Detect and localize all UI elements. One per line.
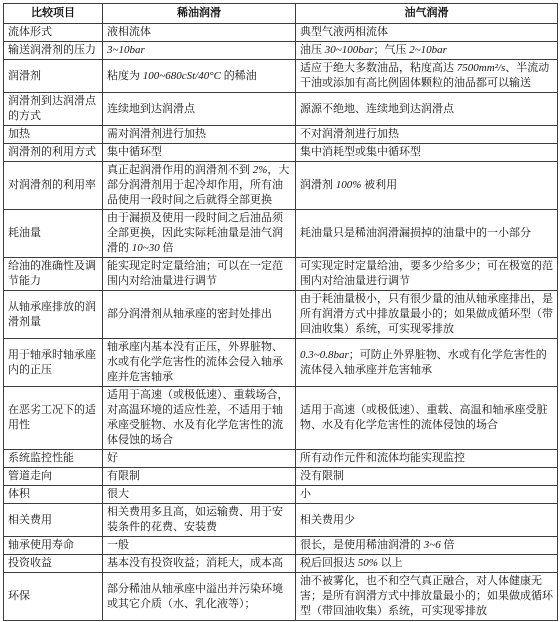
cell-thin-oil: 粘度为 100~680cSt/40°C 的稀油 [103, 60, 296, 93]
cell-oil-air: 没有限制 [296, 468, 558, 486]
cell-oil-air: 适用于高速（或极低速）、重载、高温和轴承座受脏物、水及有化学危害性的流体侵蚀的场… [296, 387, 558, 450]
cell-thin-oil: 连续地到达润滑点 [103, 93, 296, 126]
cell-comparison-item: 耗油量 [4, 210, 103, 258]
header-row: 比较项目 稀油润滑 油气润滑 [4, 4, 558, 24]
table-body: 流体形式液相流体典型气液两相流体输送润滑剂的压力3~10bar油压 30~100… [4, 24, 558, 621]
cell-comparison-item: 润滑剂的利用方式 [4, 144, 103, 162]
comparison-table: 比较项目 稀油润滑 油气润滑 流体形式液相流体典型气液两相流体输送润滑剂的压力3… [3, 3, 558, 621]
cell-thin-oil: 有限制 [103, 468, 296, 486]
cell-comparison-item: 给油的准确性及调节能力 [4, 258, 103, 291]
cell-comparison-item: 从轴承座排放的润滑剂量 [4, 291, 103, 339]
cell-oil-air: 由于耗油量极小，只有很少量的油从轴承座排出，是所有润滑方式中排放量最小的；如果做… [296, 291, 558, 339]
cell-oil-air: 不对润滑剂进行加热 [296, 126, 558, 144]
cell-thin-oil: 需对润滑剂进行加热 [103, 126, 296, 144]
table-row: 轴承使用寿命一般很长，是使用稀油润滑的 3~6 倍 [4, 537, 558, 555]
cell-oil-air: 油不被雾化，也不和空气真正融合，对人体健康无害；是所有润滑方式中排放量最小的；如… [296, 573, 558, 621]
cell-oil-air: 源源不绝地、连续地到达润滑点 [296, 93, 558, 126]
table-row: 耗油量由于漏损及使用一段时间之后油品须全部更换，因此实际耗油量是油气润滑的 10… [4, 210, 558, 258]
cell-oil-air: 典型气液两相流体 [296, 24, 558, 42]
cell-comparison-item: 输送润滑剂的压力 [4, 42, 103, 60]
cell-comparison-item: 投资收益 [4, 555, 103, 573]
table-row: 系统监控性能好所有动作元件和流体均能实现监控 [4, 450, 558, 468]
cell-thin-oil: 能实现定时定量给油；可以在一定范围内对给油量进行调节 [103, 258, 296, 291]
table-row: 在恶劣工况下的适用性适用于高速（或极低速）、重载场合，对高温环境的适应性差，不适… [4, 387, 558, 450]
cell-thin-oil: 轴承座内基本没有正压，外界脏物、水或有化学危害性的流体会侵入轴承座并危害轴承 [103, 339, 296, 387]
cell-thin-oil: 很大 [103, 486, 296, 504]
cell-thin-oil: 液相流体 [103, 24, 296, 42]
cell-comparison-item: 轴承使用寿命 [4, 537, 103, 555]
cell-oil-air: 油压 30~100bar；气压 2~10bar [296, 42, 558, 60]
table-row: 加热需对润滑剂进行加热不对润滑剂进行加热 [4, 126, 558, 144]
cell-comparison-item: 润滑剂到达润滑点的方式 [4, 93, 103, 126]
table-row: 流体形式液相流体典型气液两相流体 [4, 24, 558, 42]
cell-comparison-item: 管道走向 [4, 468, 103, 486]
document-page: 比较项目 稀油润滑 油气润滑 流体形式液相流体典型气液两相流体输送润滑剂的压力3… [0, 0, 560, 622]
cell-oil-air: 可实现定时定量给油，要多少给多少；可在极宽的范围内对给油量进行调节 [296, 258, 558, 291]
table-row: 体积很大小 [4, 486, 558, 504]
cell-comparison-item: 对润滑剂的利用率 [4, 162, 103, 210]
cell-oil-air: 税后回报达 50% 以上 [296, 555, 558, 573]
table-row: 润滑剂粘度为 100~680cSt/40°C 的稀油适应于绝大多数油品，粘度高达… [4, 60, 558, 93]
cell-thin-oil: 基本没有投资收益；消耗大，成本高 [103, 555, 296, 573]
cell-comparison-item: 在恶劣工况下的适用性 [4, 387, 103, 450]
cell-oil-air: 小 [296, 486, 558, 504]
cell-oil-air: 耗油量只是稀油润滑漏损掉的油量中的一小部分 [296, 210, 558, 258]
table-row: 管道走向有限制没有限制 [4, 468, 558, 486]
cell-comparison-item: 相关费用 [4, 504, 103, 537]
header-thin-oil-lubrication: 稀油润滑 [103, 4, 296, 24]
cell-thin-oil: 部分稀油从轴承座中溢出并污染环境或其它介质（水、乳化液等）； [103, 573, 296, 621]
cell-oil-air: 集中消耗型或集中循环型 [296, 144, 558, 162]
cell-comparison-item: 润滑剂 [4, 60, 103, 93]
cell-oil-air: 适应于绝大多数油品，粘度高达 7500mm²/s、半流动干油或添加有高比例固体颗… [296, 60, 558, 93]
table-row: 投资收益基本没有投资收益；消耗大，成本高税后回报达 50% 以上 [4, 555, 558, 573]
cell-thin-oil: 部分润滑剂从轴承座的密封处排出 [103, 291, 296, 339]
header-oil-air-lubrication: 油气润滑 [296, 4, 558, 24]
cell-oil-air: 所有动作元件和流体均能实现监控 [296, 450, 558, 468]
table-row: 从轴承座排放的润滑剂量部分润滑剂从轴承座的密封处排出由于耗油量极小，只有很少量的… [4, 291, 558, 339]
cell-oil-air: 相关费用少 [296, 504, 558, 537]
cell-comparison-item: 环保 [4, 573, 103, 621]
cell-comparison-item: 加热 [4, 126, 103, 144]
table-row: 环保部分稀油从轴承座中溢出并污染环境或其它介质（水、乳化液等）；油不被雾化，也不… [4, 573, 558, 621]
cell-comparison-item: 体积 [4, 486, 103, 504]
cell-thin-oil: 由于漏损及使用一段时间之后油品须全部更换，因此实际耗油量是油气润滑的 10~30… [103, 210, 296, 258]
cell-thin-oil: 适用于高速（或极低速）、重载场合，对高温环境的适应性差，不适用于轴承座受脏物、水… [103, 387, 296, 450]
cell-comparison-item: 流体形式 [4, 24, 103, 42]
cell-oil-air: 很长，是使用稀油润滑的 3~6 倍 [296, 537, 558, 555]
cell-thin-oil: 真正起润滑作用的润滑剂不到 2%，大部分润滑剂用于起冷却作用，所有油品使用一段时… [103, 162, 296, 210]
cell-comparison-item: 系统监控性能 [4, 450, 103, 468]
cell-thin-oil: 集中循环型 [103, 144, 296, 162]
cell-oil-air: 0.3~0.8bar；可防止外界脏物、水或有化学危害性的流体侵入轴承座并危害轴承 [296, 339, 558, 387]
table-row: 相关费用相关费用多且高，如运输费、用于安装条件的花费、安装费相关费用少 [4, 504, 558, 537]
table-row: 对润滑剂的利用率真正起润滑作用的润滑剂不到 2%，大部分润滑剂用于起冷却作用，所… [4, 162, 558, 210]
cell-thin-oil: 一般 [103, 537, 296, 555]
cell-thin-oil: 3~10bar [103, 42, 296, 60]
table-row: 用于轴承时轴承座内的正压轴承座内基本没有正压，外界脏物、水或有化学危害性的流体会… [4, 339, 558, 387]
header-comparison-item: 比较项目 [4, 4, 103, 24]
table-row: 给油的准确性及调节能力能实现定时定量给油；可以在一定范围内对给油量进行调节可实现… [4, 258, 558, 291]
cell-oil-air: 润滑剂 100% 被利用 [296, 162, 558, 210]
cell-comparison-item: 用于轴承时轴承座内的正压 [4, 339, 103, 387]
cell-thin-oil: 相关费用多且高，如运输费、用于安装条件的花费、安装费 [103, 504, 296, 537]
table-row: 润滑剂到达润滑点的方式连续地到达润滑点源源不绝地、连续地到达润滑点 [4, 93, 558, 126]
table-row: 润滑剂的利用方式集中循环型集中消耗型或集中循环型 [4, 144, 558, 162]
table-row: 输送润滑剂的压力3~10bar油压 30~100bar；气压 2~10bar [4, 42, 558, 60]
cell-thin-oil: 好 [103, 450, 296, 468]
